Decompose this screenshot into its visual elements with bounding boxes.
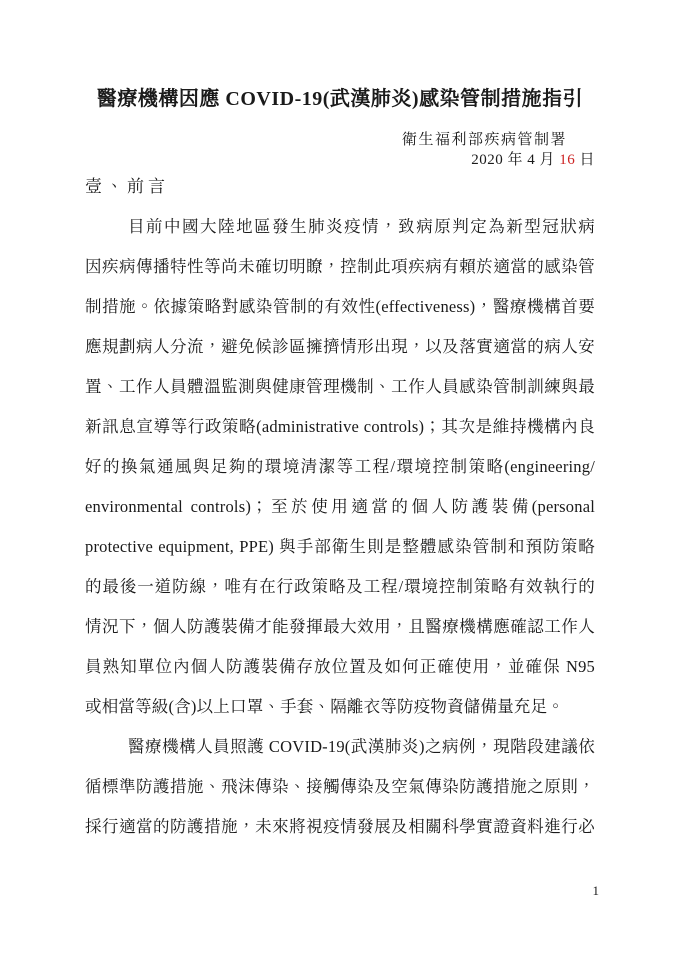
publication-date: 2020 年 4 月 16 日: [85, 150, 595, 171]
paragraph: 目前中國大陸地區發生肺炎疫情，致病原判定為新型冠狀病毒，因疾病傳播特性等尚未確切…: [85, 207, 595, 727]
body-line: environmental controls)；至於使用適當的個人防護裝備(pe…: [85, 487, 595, 527]
date-suffix: 日: [575, 152, 595, 168]
body-line: 醫療機構人員照護 COVID-19(武漢肺炎)之病例，現階段建議依: [85, 727, 595, 767]
body-line: 員熟知單位內個人防護裝備存放位置及如何正確使用，並確保 N95: [85, 647, 595, 687]
body-line: 好的換氣通風與足夠的環境清潔等工程/環境控制策略(engineering/: [85, 447, 595, 487]
body-line: 應規劃病人分流，避免候診區擁擠情形出現，以及落實適當的病人安: [85, 327, 595, 367]
body-line: 新訊息宣導等行政策略(administrative controls)；其次是維…: [85, 407, 595, 447]
body-line: 因疾病傳播特性等尚未確切明瞭，控制此項疾病有賴於適當的感染管: [85, 247, 595, 287]
section-heading: 壹、前言: [85, 175, 595, 198]
body-line: 制措施。依據策略對感染管制的有效性(effectiveness)，醫療機構首要: [85, 287, 595, 327]
page-number: 1: [593, 882, 600, 900]
body-line: 目前中國大陸地區發生肺炎疫情，致病原判定為新型冠狀病毒，: [85, 207, 595, 247]
body-line: 情況下，個人防護裝備才能發揮最大效用，且醫療機構應確認工作人: [85, 607, 595, 647]
body-line: 循標準防護措施、飛沫傳染、接觸傳染及空氣傳染防護措施之原則，: [85, 767, 595, 807]
issuing-agency: 衛生福利部疾病管制署: [85, 130, 595, 150]
body-line: protective equipment, PPE) 與手部衛生則是整體感染管制…: [85, 527, 595, 567]
body-line: 或相當等級(含)以上口罩、手套、隔離衣等防疫物資儲備量充足。: [85, 687, 595, 727]
document-title: 醫療機構因應 COVID-19(武漢肺炎)感染管制措施指引: [85, 84, 595, 114]
body-line: 採行適當的防護措施，未來將視疫情發展及相關科學實證資料進行必: [85, 807, 595, 847]
body-paragraphs: 目前中國大陸地區發生肺炎疫情，致病原判定為新型冠狀病毒，因疾病傳播特性等尚未確切…: [85, 207, 595, 847]
body-line: 的最後一道防線，唯有在行政策略及工程/環境控制策略有效執行的: [85, 567, 595, 607]
date-prefix: 2020 年 4 月: [471, 152, 559, 168]
document-page: 醫療機構因應 COVID-19(武漢肺炎)感染管制措施指引 衛生福利部疾病管制署…: [0, 0, 679, 960]
date-day: 16: [559, 152, 575, 168]
paragraph: 醫療機構人員照護 COVID-19(武漢肺炎)之病例，現階段建議依循標準防護措施…: [85, 727, 595, 847]
body-line: 置、工作人員體溫監測與健康管理機制、工作人員感染管制訓練與最: [85, 367, 595, 407]
